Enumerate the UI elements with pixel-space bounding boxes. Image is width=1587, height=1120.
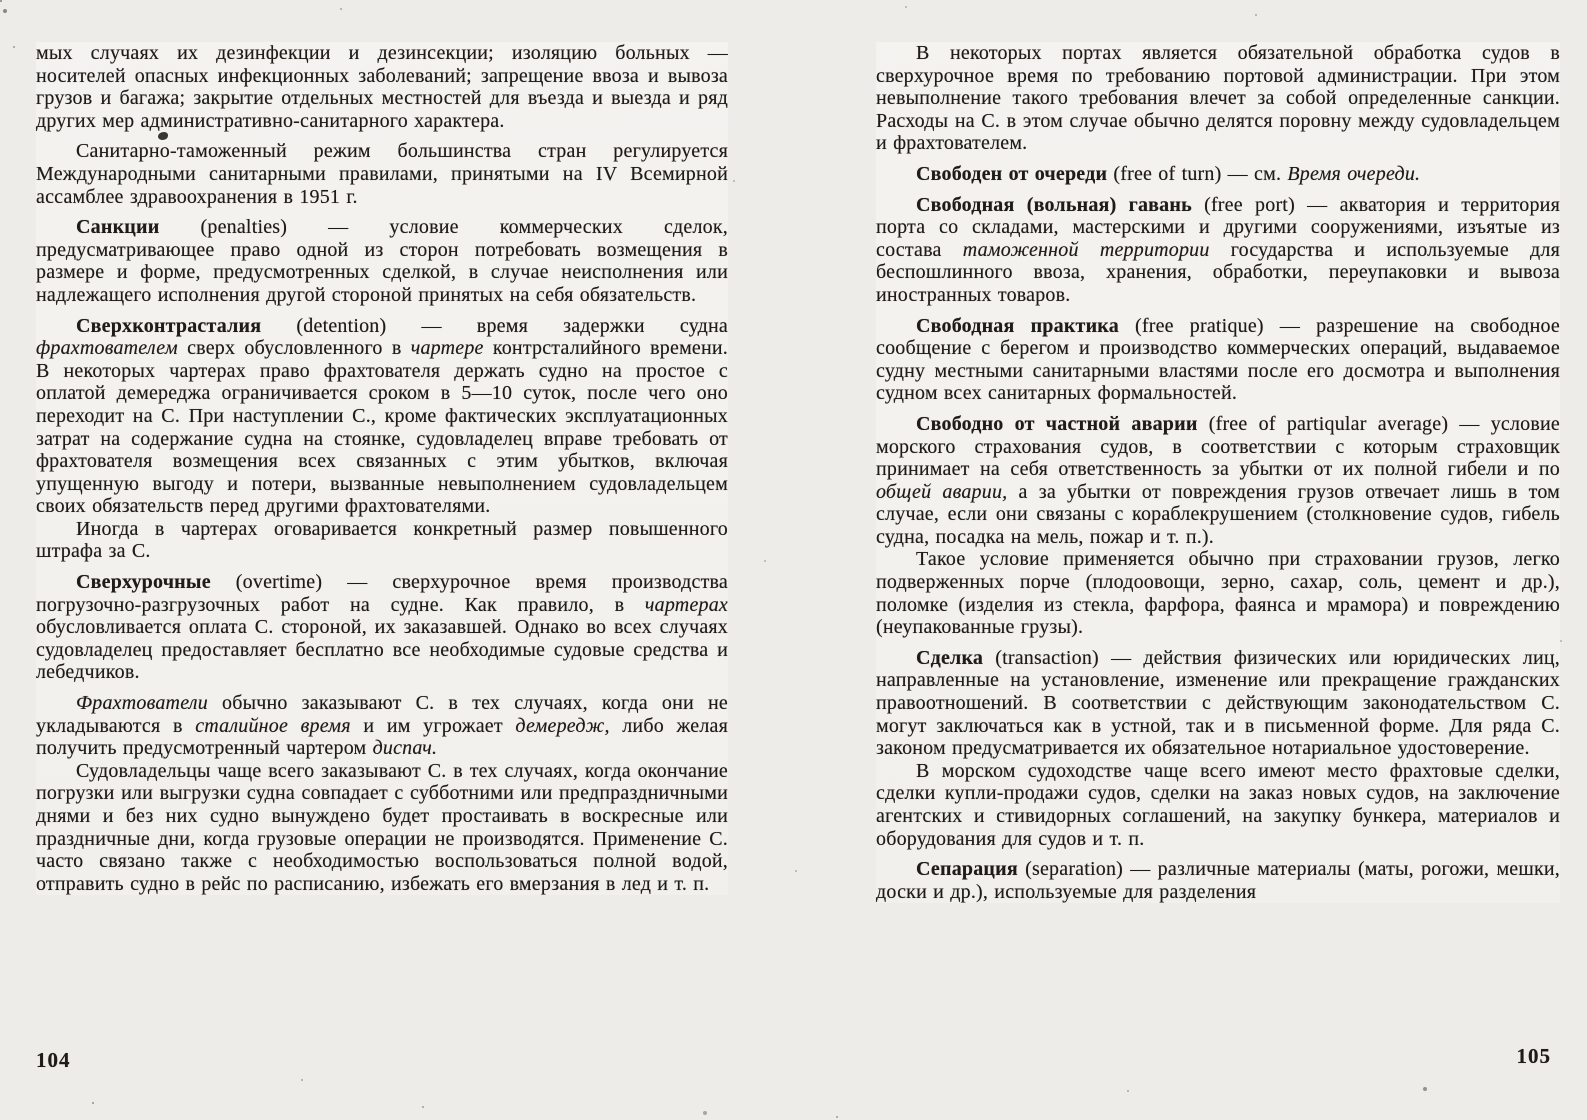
text-segment: Такое условие применяется обычно при стр…	[876, 548, 1560, 638]
term-headword: Сверхурочные	[76, 571, 211, 593]
text-segment: Судовладельцы чаще всего заказывают С. в…	[36, 760, 728, 895]
text-segment: таможенной территории	[963, 239, 1210, 261]
term-headword: Свободная (вольная) гавань	[916, 194, 1192, 216]
paragraph: Свободно от частной аварии (free of part…	[876, 413, 1560, 549]
paragraph: Свободная практика (free pratique) — раз…	[876, 315, 1560, 405]
page-number-left: 104	[36, 1048, 71, 1073]
text-segment: Иногда в чартерах оговаривается конкретн…	[36, 518, 728, 563]
page-right-text-column: В некоторых портах является обязательной…	[876, 42, 1560, 903]
paragraph: Сверхконтрасталия (detention) — время за…	[36, 315, 728, 518]
scan-speck-artifacts	[0, 0, 2, 2]
text-segment: демередж,	[515, 715, 609, 737]
text-segment: В некоторых портах является обязательной…	[876, 42, 1560, 154]
text-segment: общей аварии,	[876, 481, 1007, 503]
term-headword: Свободная практика	[916, 315, 1119, 337]
text-segment: обусловливается оплата С. стороной, их з…	[36, 616, 728, 683]
paragraph: Сепарация (separation) — различные матер…	[876, 858, 1560, 903]
term-headword: Сверхконтрасталия	[76, 315, 261, 337]
text-segment: фрахтователем	[36, 337, 178, 359]
text-segment: (free of turn) — см.	[1107, 163, 1287, 185]
paragraph: В морском судоходстве чаще всего имеют м…	[876, 760, 1560, 850]
paragraph: Санкции (penalties) — условие коммерческ…	[36, 216, 728, 306]
paragraph: Судовладельцы чаще всего заказывают С. в…	[36, 760, 728, 896]
paragraph: Свободная (вольная) гавань (free port) —…	[876, 194, 1560, 307]
term-headword: Свободно от частной аварии	[916, 413, 1198, 435]
term-headword: Свободен от очереди	[916, 163, 1107, 185]
paragraph: В некоторых портах является обязательной…	[876, 42, 1560, 155]
text-segment: Фрахтователи	[76, 692, 208, 714]
term-headword: Санкции	[76, 216, 159, 238]
term-headword: Сделка	[916, 647, 983, 669]
book-spread: мых случаях их дезинфекции и дезинсекции…	[0, 0, 1587, 1120]
paragraph: Сделка (transaction) — действия физическ…	[876, 647, 1560, 760]
page-left-text-column: мых случаях их дезинфекции и дезинсекции…	[36, 42, 728, 895]
text-segment: сталийное время	[195, 715, 351, 737]
term-headword: Сепарация	[916, 858, 1018, 880]
text-segment: контрсталийного времени. В некоторых чар…	[36, 337, 728, 517]
paragraph: Сверхурочные (overtime) — сверхурочное в…	[36, 571, 728, 684]
paragraph: Свободен от очереди (free of turn) — см.…	[876, 163, 1560, 186]
paragraph: Санитарно-таможенный режим большинства с…	[36, 140, 728, 208]
text-segment: чартерах	[645, 594, 728, 616]
text-segment: В морском судоходстве чаще всего имеют м…	[876, 760, 1560, 850]
text-segment: диспач.	[373, 737, 438, 759]
text-segment: (detention) — время задержки судна	[261, 315, 728, 337]
paragraph: Фрахтователи обычно заказывают С. в тех …	[36, 692, 728, 760]
text-segment: мых случаях их дезинфекции и дезинсекции…	[36, 42, 728, 132]
text-segment: и им угрожает	[351, 715, 516, 737]
page-number-right: 105	[1517, 1044, 1552, 1069]
text-segment: Время очереди.	[1287, 163, 1420, 185]
text-segment: Санитарно-таможенный режим большинства с…	[36, 140, 728, 207]
paragraph: мых случаях их дезинфекции и дезинсекции…	[36, 42, 728, 132]
paragraph: Иногда в чартерах оговаривается конкретн…	[36, 518, 728, 563]
paragraph: Такое условие применяется обычно при стр…	[876, 548, 1560, 638]
text-segment: сверх обусловленного в	[178, 337, 411, 359]
text-segment: чартере	[411, 337, 484, 359]
